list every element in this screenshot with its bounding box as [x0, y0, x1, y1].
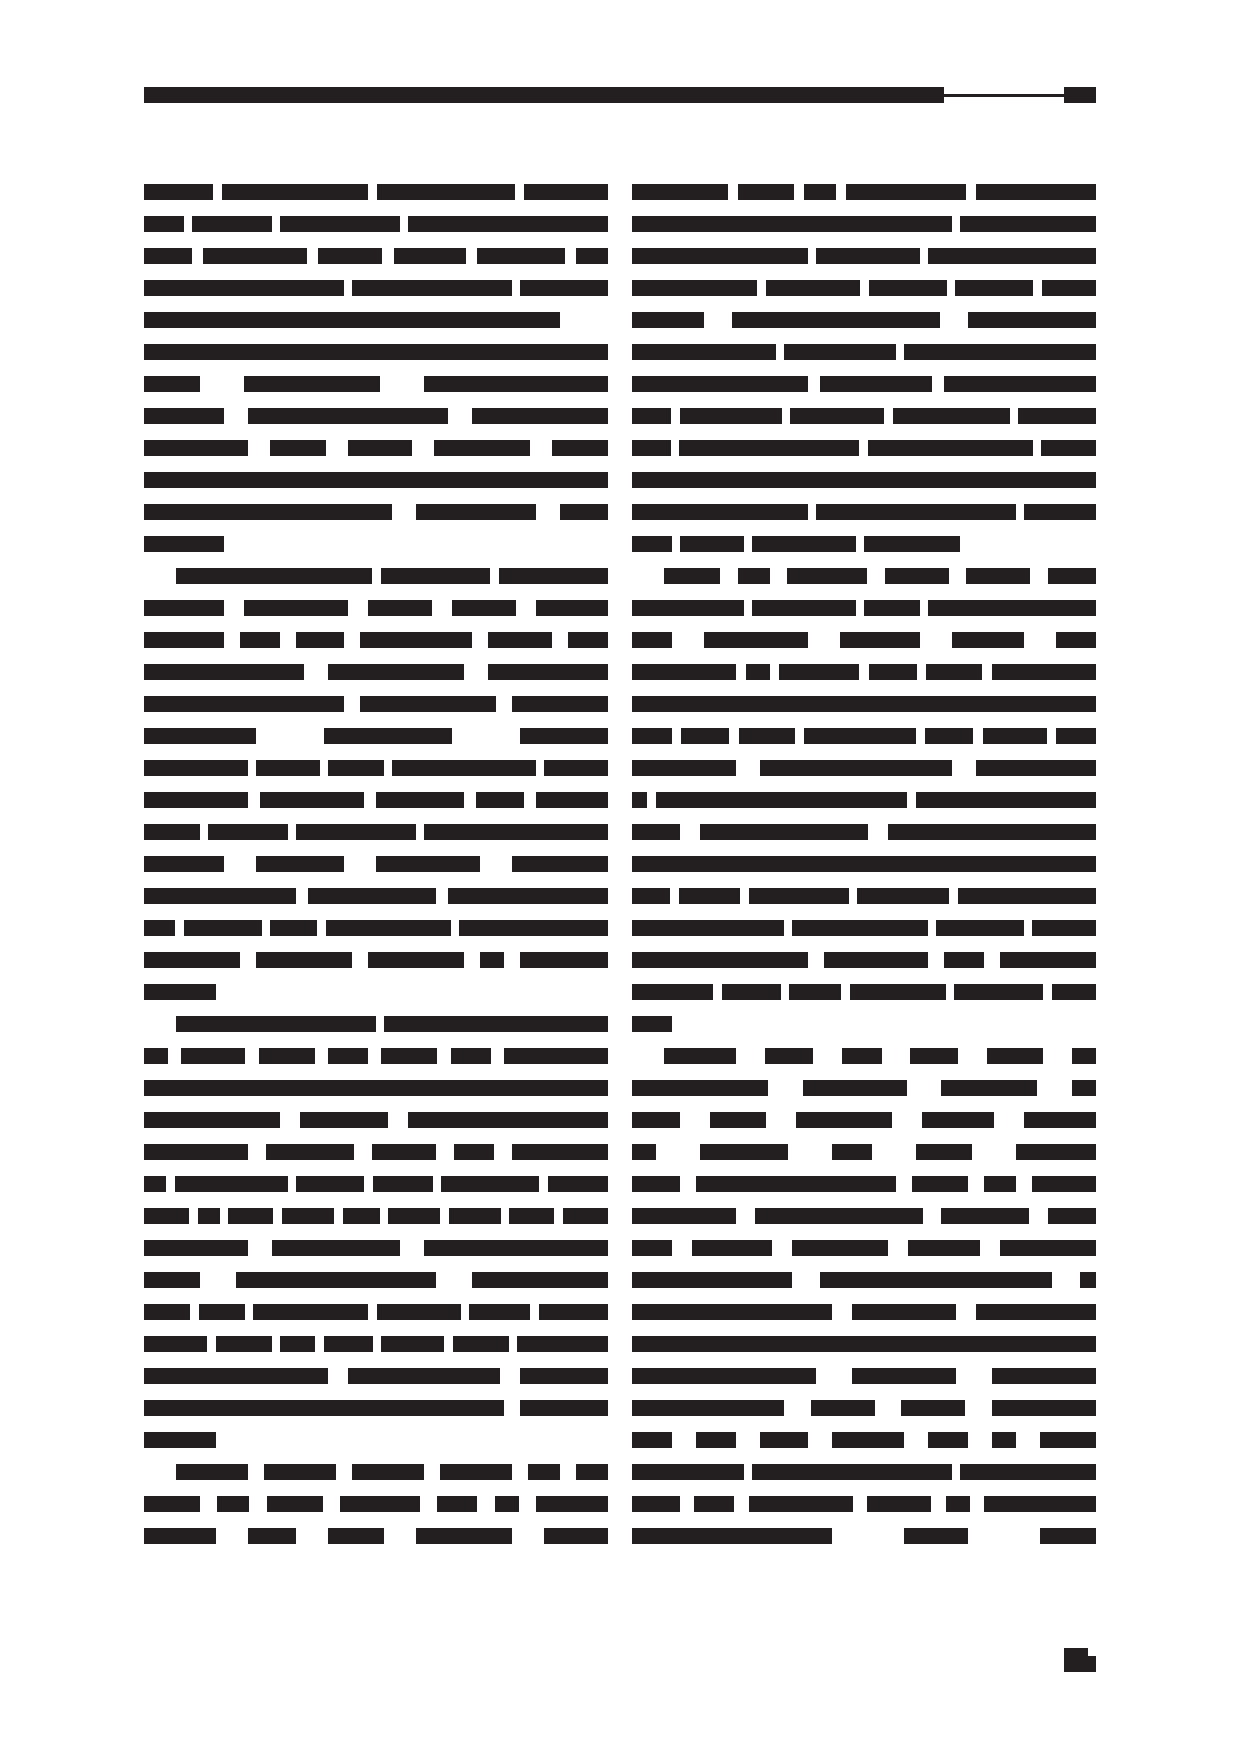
redacted-word [692, 1240, 772, 1256]
redacted-word [852, 1368, 956, 1384]
redacted-word [992, 1368, 1096, 1384]
redacted-word [244, 600, 348, 616]
text-line-redacted [144, 208, 608, 240]
redacted-word [722, 984, 781, 1000]
redacted-word [908, 1240, 980, 1256]
redacted-word [517, 1336, 608, 1352]
text-line-redacted [632, 816, 1096, 848]
redacted-word [434, 440, 530, 456]
redacted-word [441, 1176, 539, 1192]
redacted-word [144, 1400, 504, 1416]
redacted-word [377, 184, 515, 200]
redacted-word [679, 440, 859, 456]
redacted-word [144, 440, 248, 456]
redacted-word [198, 1208, 220, 1224]
redacted-word [656, 792, 907, 808]
redacted-word [408, 1112, 608, 1128]
redacted-word [760, 760, 952, 776]
redacted-word [144, 664, 304, 680]
redacted-word [632, 280, 757, 296]
redacted-word [144, 504, 392, 520]
redacted-word [992, 1432, 1016, 1448]
redacted-word [576, 248, 608, 264]
text-line-redacted [632, 976, 1096, 1008]
redacted-word [324, 1336, 373, 1352]
redacted-word [792, 920, 928, 936]
redacted-word [394, 248, 466, 264]
redacted-word [260, 792, 364, 808]
text-line-redacted [632, 1520, 1096, 1552]
redacted-word [144, 1048, 168, 1064]
text-line-redacted [632, 1360, 1096, 1392]
text-line-redacted [144, 1456, 608, 1488]
redacted-word [968, 312, 1096, 328]
redacted-word [632, 1112, 680, 1128]
redacted-word [632, 1432, 672, 1448]
redacted-word [976, 184, 1096, 200]
redacted-word [524, 184, 608, 200]
redacted-word [680, 536, 744, 552]
text-line-redacted [632, 656, 1096, 688]
redacted-word [928, 248, 1096, 264]
redacted-word [694, 1496, 734, 1512]
redacted-word [452, 600, 516, 616]
redacted-word [941, 1080, 1037, 1096]
text-column-left [144, 176, 608, 1552]
redacted-word [184, 920, 262, 936]
redacted-word [352, 1464, 424, 1480]
redacted-word [784, 344, 896, 360]
redacted-word [376, 856, 480, 872]
text-line-redacted [632, 1232, 1096, 1264]
redacted-word [144, 280, 344, 296]
redacted-word [710, 1112, 766, 1128]
text-line-redacted [144, 1392, 608, 1424]
redacted-word [280, 1336, 315, 1352]
text-line-redacted [144, 1360, 608, 1392]
redacted-word [696, 1432, 736, 1448]
redacted-word [259, 1048, 315, 1064]
redacted-word [144, 1432, 216, 1448]
redacted-word [144, 1208, 189, 1224]
redacted-word [832, 1144, 872, 1160]
redacted-word [424, 824, 608, 840]
redacted-word [987, 1048, 1043, 1064]
redacted-word [632, 1176, 680, 1192]
text-line-redacted [144, 1136, 608, 1168]
redacted-word [816, 504, 1016, 520]
redacted-word [928, 600, 1096, 616]
redacted-word [820, 376, 932, 392]
redacted-word [632, 600, 744, 616]
text-line-redacted [632, 464, 1096, 496]
redacted-word [869, 664, 917, 680]
redacted-word [256, 856, 344, 872]
redacted-word [952, 632, 1024, 648]
text-line-redacted [144, 720, 608, 752]
redacted-word [632, 856, 1096, 872]
text-line-redacted [632, 1488, 1096, 1520]
redacted-word [966, 568, 1030, 584]
redacted-word [1080, 1272, 1096, 1288]
redacted-word [888, 824, 1096, 840]
redacted-word [408, 216, 608, 232]
page-number-glyph [1088, 1656, 1096, 1672]
redacted-word [632, 440, 671, 456]
page-number-redacted [1064, 1648, 1096, 1672]
text-line-redacted [144, 1328, 608, 1360]
redacted-word [296, 632, 344, 648]
redacted-word [1052, 984, 1096, 1000]
redacted-word [176, 1464, 248, 1480]
redacted-word [144, 824, 200, 840]
redacted-word [144, 728, 256, 744]
running-title-redacted [144, 87, 944, 103]
redacted-word [216, 1336, 272, 1352]
redacted-word [264, 1464, 336, 1480]
header-folio-redacted [1064, 87, 1096, 103]
redacted-word [632, 696, 1096, 712]
redacted-word [488, 632, 552, 648]
redacted-word [348, 440, 412, 456]
redacted-word [700, 824, 868, 840]
redacted-word [360, 696, 496, 712]
redacted-word [954, 984, 1043, 1000]
redacted-word [1056, 632, 1096, 648]
redacted-word [144, 344, 608, 360]
redacted-word [632, 1304, 832, 1320]
redacted-word [760, 1432, 808, 1448]
redacted-word [960, 1464, 1096, 1480]
redacted-word [488, 664, 608, 680]
text-line-redacted [632, 848, 1096, 880]
text-line-redacted [144, 464, 608, 496]
redacted-word [499, 568, 608, 584]
redacted-word [632, 1208, 736, 1224]
redacted-word [984, 1496, 1096, 1512]
redacted-word [664, 1048, 736, 1064]
redacted-word [576, 1464, 608, 1480]
redacted-word [512, 1144, 608, 1160]
redacted-word [738, 184, 794, 200]
redacted-word [792, 1240, 888, 1256]
redacted-word [144, 1496, 200, 1512]
redacted-word [328, 1528, 384, 1544]
redacted-word [946, 1496, 970, 1512]
redacted-word [144, 1112, 280, 1128]
text-line-redacted [632, 1136, 1096, 1168]
text-line-redacted [144, 336, 608, 368]
redacted-word [248, 408, 448, 424]
redacted-word [632, 376, 808, 392]
redacted-word [904, 344, 1096, 360]
text-line-redacted [632, 336, 1096, 368]
redacted-word [437, 1496, 477, 1512]
redacted-word [552, 440, 608, 456]
redacted-word [869, 280, 947, 296]
text-line-redacted [144, 176, 608, 208]
text-line-redacted [144, 944, 608, 976]
redacted-word [199, 1304, 245, 1320]
text-line-redacted [632, 1328, 1096, 1360]
redacted-word [632, 1016, 672, 1032]
redacted-word [340, 1496, 420, 1512]
page-number-glyph [1064, 1648, 1088, 1672]
redacted-word [632, 1272, 792, 1288]
redacted-word [512, 856, 608, 872]
redacted-word [568, 632, 608, 648]
text-line-redacted [632, 176, 1096, 208]
text-line-redacted [144, 1008, 608, 1040]
redacted-word [272, 1240, 400, 1256]
redacted-word [755, 1208, 923, 1224]
redacted-word [381, 1048, 437, 1064]
redacted-word [1018, 408, 1096, 424]
redacted-word [811, 1400, 875, 1416]
redacted-word [343, 1208, 380, 1224]
redacted-word [248, 1528, 296, 1544]
redacted-word [840, 632, 920, 648]
redacted-word [1072, 1048, 1096, 1064]
redacted-word [270, 440, 326, 456]
redacted-word [476, 792, 524, 808]
redacted-word [681, 728, 729, 744]
redacted-word [267, 1496, 323, 1512]
redacted-word [1072, 1080, 1096, 1096]
redacted-word [539, 1304, 608, 1320]
text-line-redacted [144, 368, 608, 400]
redacted-word [469, 1304, 530, 1320]
header-rule [944, 94, 1064, 97]
redacted-word [1032, 1176, 1096, 1192]
text-line-redacted [144, 1488, 608, 1520]
redacted-word [548, 1176, 608, 1192]
text-line-redacted [144, 752, 608, 784]
redacted-word [790, 408, 884, 424]
redacted-word [528, 1464, 560, 1480]
redacted-word [789, 984, 841, 1000]
redacted-word [440, 1464, 512, 1480]
redacted-word [1000, 1240, 1096, 1256]
redacted-word [373, 1176, 433, 1192]
redacted-word [228, 1208, 273, 1224]
redacted-word [941, 1208, 1029, 1224]
redacted-word [766, 280, 860, 296]
redacted-word [632, 184, 728, 200]
text-line-redacted [632, 208, 1096, 240]
text-line-redacted [144, 400, 608, 432]
redacted-word [296, 824, 416, 840]
redacted-word [864, 536, 960, 552]
redacted-word [144, 984, 216, 1000]
text-line-redacted [144, 624, 608, 656]
redacted-word [372, 1144, 436, 1160]
redacted-word [1040, 1528, 1096, 1544]
redacted-word [328, 664, 464, 680]
text-line-redacted [144, 432, 608, 464]
redacted-word [253, 1304, 368, 1320]
text-line-redacted [632, 1392, 1096, 1424]
redacted-word [144, 376, 200, 392]
redacted-word [544, 1528, 608, 1544]
redacted-word [632, 1528, 832, 1544]
redacted-word [368, 600, 432, 616]
redacted-word [632, 344, 776, 360]
text-line-redacted [632, 720, 1096, 752]
text-line-redacted [632, 592, 1096, 624]
redacted-word [282, 1208, 334, 1224]
redacted-word [520, 1368, 608, 1384]
redacted-word [749, 1496, 853, 1512]
redacted-word [509, 1208, 554, 1224]
redacted-word [144, 1336, 207, 1352]
redacted-word [144, 408, 224, 424]
redacted-word [912, 1176, 968, 1192]
redacted-word [459, 920, 608, 936]
redacted-word [976, 760, 1096, 776]
text-line-redacted [632, 1424, 1096, 1456]
redacted-word [632, 312, 704, 328]
redacted-word [916, 1144, 972, 1160]
redacted-word [632, 472, 1096, 488]
redacted-word [1024, 1112, 1096, 1128]
text-line-redacted [632, 1104, 1096, 1136]
text-line-redacted [632, 528, 1096, 560]
redacted-word [779, 664, 859, 680]
redacted-word [925, 728, 973, 744]
redacted-word [910, 1048, 958, 1064]
redacted-word [144, 888, 296, 904]
redacted-word [983, 728, 1047, 744]
text-line-redacted [144, 592, 608, 624]
redacted-word [885, 568, 949, 584]
redacted-word [512, 696, 608, 712]
text-line-redacted [632, 1168, 1096, 1200]
redacted-word [144, 1240, 248, 1256]
redacted-word [752, 536, 856, 552]
text-line-redacted [632, 1072, 1096, 1104]
redacted-word [1041, 440, 1096, 456]
redacted-word [352, 280, 512, 296]
text-line-redacted [632, 752, 1096, 784]
redacted-word [318, 248, 382, 264]
redacted-word [520, 1400, 608, 1416]
redacted-word [992, 664, 1096, 680]
text-line-redacted [144, 1040, 608, 1072]
redacted-word [765, 1048, 813, 1064]
redacted-word [632, 1240, 672, 1256]
redacted-word [144, 1080, 608, 1096]
redacted-word [296, 1176, 364, 1192]
redacted-word [820, 1272, 1052, 1288]
redacted-word [449, 1208, 501, 1224]
redacted-word [632, 824, 680, 840]
text-line-redacted [144, 1264, 608, 1296]
redacted-word [867, 1496, 931, 1512]
redacted-word [796, 1112, 892, 1128]
text-line-redacted [144, 1168, 608, 1200]
redacted-word [144, 600, 224, 616]
text-line-redacted [144, 848, 608, 880]
text-line-redacted [632, 1200, 1096, 1232]
redacted-word [454, 1144, 494, 1160]
text-line-redacted [632, 624, 1096, 656]
redacted-word [520, 952, 608, 968]
redacted-word [857, 888, 949, 904]
redacted-word [632, 1464, 744, 1480]
text-line-redacted [144, 1200, 608, 1232]
redacted-word [144, 1176, 166, 1192]
redacted-word [632, 1400, 784, 1416]
redacted-word [144, 792, 248, 808]
redacted-word [632, 952, 808, 968]
redacted-word [1048, 1208, 1096, 1224]
redacted-word [144, 216, 184, 232]
redacted-word [928, 1432, 968, 1448]
text-column-right [632, 176, 1096, 1552]
redacted-word [392, 760, 536, 776]
redacted-word [236, 1272, 436, 1288]
redacted-word [752, 1464, 952, 1480]
redacted-word [144, 632, 224, 648]
redacted-word [175, 1176, 288, 1192]
redacted-word [144, 536, 224, 552]
redacted-word [326, 920, 451, 936]
text-line-redacted [144, 880, 608, 912]
redacted-word [244, 376, 380, 392]
redacted-word [922, 1112, 994, 1128]
redacted-word [804, 728, 916, 744]
redacted-word [1042, 280, 1096, 296]
redacted-word [536, 600, 608, 616]
text-line-redacted [144, 528, 608, 560]
redacted-word [944, 952, 984, 968]
redacted-word [544, 760, 608, 776]
redacted-word [308, 888, 436, 904]
redacted-word [416, 504, 536, 520]
redacted-word [984, 1176, 1016, 1192]
redacted-word [280, 216, 400, 232]
redacted-word [144, 1144, 248, 1160]
redacted-word [787, 568, 867, 584]
redacted-word [1016, 1144, 1096, 1160]
text-line-redacted [632, 1296, 1096, 1328]
redacted-word [144, 1304, 190, 1320]
redacted-word [680, 408, 782, 424]
redacted-word [679, 888, 740, 904]
redacted-word [181, 1048, 245, 1064]
redacted-word [958, 888, 1096, 904]
redacted-word [632, 888, 670, 904]
redacted-word [1040, 1432, 1096, 1448]
text-line-redacted [144, 560, 608, 592]
redacted-word [144, 856, 224, 872]
text-line-redacted [144, 272, 608, 304]
redacted-word [816, 248, 920, 264]
text-line-redacted [632, 272, 1096, 304]
redacted-word [424, 1240, 608, 1256]
redacted-word [208, 824, 288, 840]
redacted-word [664, 568, 720, 584]
text-line-redacted [632, 304, 1096, 336]
redacted-word [936, 920, 1024, 936]
redacted-word [700, 1144, 788, 1160]
redacted-word [632, 920, 784, 936]
redacted-word [749, 888, 849, 904]
redacted-word [732, 312, 940, 328]
redacted-word [256, 760, 320, 776]
redacted-word [520, 728, 608, 744]
